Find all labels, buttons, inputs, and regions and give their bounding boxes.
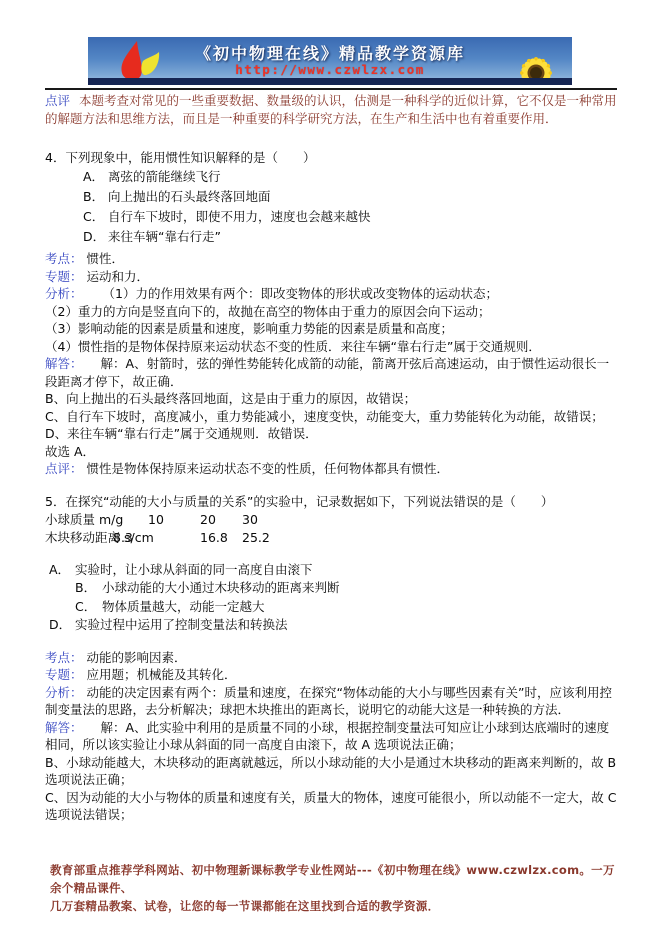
footer-line-1: 教育部重点推荐学科网站、初中物理新课标教学专业性网站---《初中物理在线》www… (50, 863, 615, 895)
comment-label: 点评 (45, 93, 70, 108)
divider-line (45, 88, 617, 90)
banner-title: 《初中物理在线》精品教学资源库 (88, 41, 572, 64)
q4-answer-choice: 故选 A． (45, 443, 618, 461)
question-4-number: 4． (45, 150, 65, 165)
q5-jieda-line2: B、小球动能越大，木块移动的距离就越远，所以小球动能的大小是通过木块移动的距离来… (45, 754, 618, 789)
q5-fenxi: 分析：动能的决定因素有两个：质量和速度，在探究“物体动能的大小与哪些因素有关”时… (45, 684, 618, 719)
banner-bottom-strip (88, 78, 572, 85)
q4-fenxi-line4: （4）惯性指的是物体保持原来运动状态不变的性质．来往车辆“靠右行走”属于交通规则… (45, 338, 618, 356)
question-4-stem: 4．下列现象中，能用惯性知识解释的是（ ） (45, 148, 618, 167)
comment-paragraph: 点评本题考查对常见的一些重要数据、数量级的认识，估测是一种科学的近似计算，它不仅… (45, 92, 618, 127)
q4-jieda-line2: B、向上抛出的石头最终落回地面，这是由于重力的原因，故错误； (45, 390, 618, 408)
mass-value-1: 10 (148, 511, 164, 529)
banner-url: http://www.czwlzx.com (88, 62, 572, 77)
distance-value-2: 16.8 (200, 529, 228, 547)
q4-fenxi-line1: 分析：（1）力的作用效果有两个：即改变物体的形状或改变物体的运动状态； (45, 285, 618, 303)
document-content: 点评本题考查对常见的一些重要数据、数量级的认识，估测是一种科学的近似计算，它不仅… (45, 92, 618, 824)
distance-value-3: 25.2 (242, 529, 270, 547)
comment-text: 本题考查对常见的一些重要数据、数量级的认识，估测是一种科学的近似计算，它不仅是一… (45, 93, 617, 126)
question-5-options: A．实验时，让小球从斜面的同一高度自由滚下 B．小球动能的大小通过木块移动的距离… (45, 561, 618, 635)
experiment-table-row-mass: 小球质量 m/g 10 20 30 (45, 511, 618, 529)
q4-fenxi-line3: （3）影响动能的因素是质量和速度，影响重力势能的因素是质量和高度； (45, 320, 618, 338)
option-b: B．小球动能的大小通过木块移动的距离来判断 (45, 579, 618, 598)
mass-value-2: 20 (200, 511, 216, 529)
question-5-stem: 5．在探究“动能的大小与质量的关系”的实验中，记录数据如下，下列说法错误的是（ … (45, 492, 618, 511)
q5-zhuanti: 专题：应用题；机械能及其转化． (45, 666, 618, 684)
option-c: C．物体质量越大，动能一定越大 (45, 598, 618, 617)
question-4-options: A．离弦的箭能继续飞行 B．向上抛出的石头最终落回地面 C．自行车下坡时，即使不… (45, 167, 618, 247)
q5-kaodian: 考点：动能的影响因素． (45, 649, 618, 667)
option-d: D．来往车辆“靠右行走” (45, 227, 618, 247)
q4-jieda-line3: C、自行车下坡时，高度减小，重力势能减小，速度变快，动能变大，重力势能转化为动能… (45, 408, 618, 426)
option-a: A．实验时，让小球从斜面的同一高度自由滚下 (45, 561, 618, 580)
footer-line-2: 几万套精品教案、试卷，让您的每一节课都能在这里找到合适的教学资源． (50, 899, 439, 913)
footer-promo: 教育部重点推荐学科网站、初中物理新课标教学专业性网站---《初中物理在线》www… (50, 861, 620, 915)
question-5-number: 5． (45, 494, 65, 509)
q4-dianping: 点评：惯性是物体保持原来运动状态不变的性质，任何物体都具有惯性． (45, 460, 618, 478)
row-label: 小球质量 m/g (45, 512, 123, 527)
option-a: A．离弦的箭能继续飞行 (45, 167, 618, 187)
option-b: B．向上抛出的石头最终落回地面 (45, 187, 618, 207)
distance-value-1: 8.3 (113, 529, 133, 547)
q4-fenxi-line2: （2）重力的方向是竖直向下的，故抛在高空的物体由于重力的原因会向下运动； (45, 303, 618, 321)
option-c: C．自行车下坡时，即使不用力，速度也会越来越快 (45, 207, 618, 227)
mass-value-3: 30 (242, 511, 258, 529)
q4-kaodian: 考点：惯性． (45, 250, 618, 268)
q5-jieda-line3: C、因为动能的大小与物体的质量和速度有关，质量大的物体，速度可能很小，所以动能不… (45, 789, 618, 824)
document-page: 《初中物理在线》精品教学资源库 http://www.czwlzx.com (0, 0, 661, 936)
option-d: D．实验过程中运用了控制变量法和转换法 (45, 616, 618, 635)
q4-jieda-line1: 解答：解：A、射箭时，弦的弹性势能转化成箭的动能，箭离开弦后高速运动，由于惯性运… (45, 355, 618, 390)
row-label: 木块移动距离 s/cm (45, 530, 154, 545)
q5-jieda-line1: 解答：解：A、此实验中利用的是质量不同的小球，根据控制变量法可知应让小球到达底端… (45, 719, 618, 754)
experiment-table-row-distance: 木块移动距离 s/cm 8.3 16.8 25.2 (45, 529, 618, 547)
site-banner: 《初中物理在线》精品教学资源库 http://www.czwlzx.com (88, 37, 572, 85)
q4-jieda-line4: D、来往车辆“靠右行走”属于交通规则．故错误． (45, 425, 618, 443)
q4-zhuanti: 专题：运动和力． (45, 268, 618, 286)
